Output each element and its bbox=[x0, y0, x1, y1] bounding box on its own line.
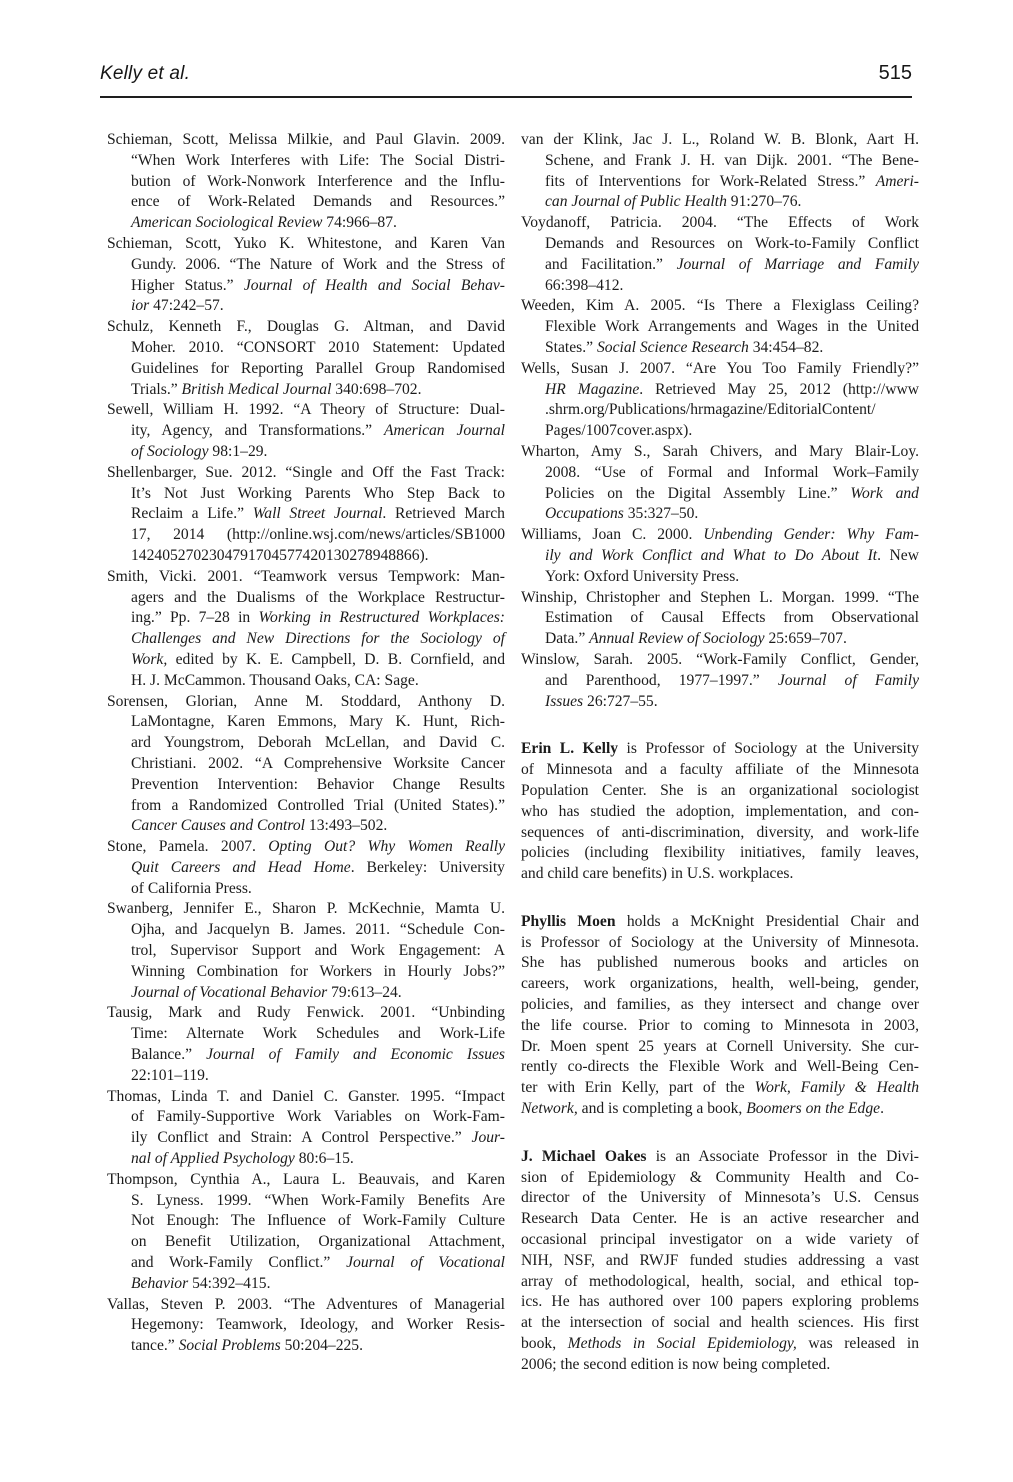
page-number: 515 bbox=[879, 62, 912, 85]
reference-entry-line: and Parenthood, 1977–1997.” Journal of F… bbox=[521, 671, 919, 692]
reference-entry-line: can Journal of Public Health 91:270–76. bbox=[521, 192, 919, 213]
reference-entry-line: ily and Work Conflict and What to Do Abo… bbox=[521, 546, 919, 567]
reference-entry: van der Klink, Jac J. L., Roland W. B. B… bbox=[521, 130, 919, 213]
reference-entry-line: Balance.” Journal of Family and Economic… bbox=[107, 1045, 505, 1066]
author-bio-line: Erin L. Kelly is Professor of Sociology … bbox=[521, 739, 919, 760]
reference-entry-line: Thomas, Linda T. and Daniel C. Ganster. … bbox=[107, 1087, 505, 1108]
reference-entry-line: of California Press. bbox=[107, 879, 505, 900]
reference-entry-line: Schieman, Scott, Melissa Milkie, and Pau… bbox=[107, 130, 505, 151]
reference-entry-line: H. J. McCammon. Thousand Oaks, CA: Sage. bbox=[107, 671, 505, 692]
author-bio-line: of Minnesota and a faculty affiliate of … bbox=[521, 760, 919, 781]
reference-entry-line: Guidelines for Reporting Parallel Group … bbox=[107, 359, 505, 380]
reference-entry-line: Reclaim a Life.” Wall Street Journal. Re… bbox=[107, 504, 505, 525]
reference-entry-line: Tausig, Mark and Rudy Fenwick. 2001. “Un… bbox=[107, 1003, 505, 1024]
references-column-left: Schieman, Scott, Melissa Milkie, and Pau… bbox=[107, 130, 505, 1376]
reference-entry-line: Shellenbarger, Sue. 2012. “Single and Of… bbox=[107, 463, 505, 484]
author-bio-line: the life course. Prior to coming to Minn… bbox=[521, 1016, 919, 1037]
reference-entry-line: Data.” Annual Review of Sociology 25:659… bbox=[521, 629, 919, 650]
reference-entry-line: Thompson, Cynthia A., Laura L. Beauvais,… bbox=[107, 1170, 505, 1191]
reference-entry-line: Wharton, Amy S., Sarah Chivers, and Mary… bbox=[521, 442, 919, 463]
references-section: Schieman, Scott, Melissa Milkie, and Pau… bbox=[107, 130, 919, 1376]
reference-entry-line: Voydanoff, Patricia. 2004. “The Effects … bbox=[521, 213, 919, 234]
author-bio-line: careers, work organizations, health, wel… bbox=[521, 974, 919, 995]
reference-entry-line: of Family-Supportive Work Variables on W… bbox=[107, 1107, 505, 1128]
reference-entry-line: Weeden, Kim A. 2005. “Is There a Flexigl… bbox=[521, 296, 919, 317]
reference-entry-line: Winship, Christopher and Stephen L. Morg… bbox=[521, 588, 919, 609]
reference-entry-line: Estimation of Causal Effects from Observ… bbox=[521, 608, 919, 629]
reference-entry-line: Schulz, Kenneth F., Douglas G. Altman, a… bbox=[107, 317, 505, 338]
author-bio-line: Population Center. She is an organizatio… bbox=[521, 781, 919, 802]
reference-entry: Wells, Susan J. 2007. “Are You Too Famil… bbox=[521, 359, 919, 442]
author-bio-line: at the intersection of social and health… bbox=[521, 1313, 919, 1334]
reference-entry: Vallas, Steven P. 2003. “The Adventures … bbox=[107, 1295, 505, 1357]
reference-entry-line: “When Work Interferes with Life: The Soc… bbox=[107, 151, 505, 172]
reference-entry-line: Stone, Pamela. 2007. Opting Out? Why Wom… bbox=[107, 837, 505, 858]
reference-entry-line: Wells, Susan J. 2007. “Are You Too Famil… bbox=[521, 359, 919, 380]
reference-entry: Schieman, Scott, Yuko K. Whitestone, and… bbox=[107, 234, 505, 317]
reference-entry-line: 22:101–119. bbox=[107, 1066, 505, 1087]
reference-entry-line: ily Conflict and Strain: A Control Persp… bbox=[107, 1128, 505, 1149]
running-head: Kelly et al. 515 bbox=[100, 62, 912, 85]
reference-entry-line: Hegemony: Teamwork, Ideology, and Worker… bbox=[107, 1315, 505, 1336]
reference-entry: Sorensen, Glorian, Anne M. Stoddard, Ant… bbox=[107, 692, 505, 838]
reference-entry-line: Williams, Joan C. 2000. Unbending Gender… bbox=[521, 525, 919, 546]
author-bio-line: who has studied the adoption, implementa… bbox=[521, 802, 919, 823]
author-bio-line: is Professor of Sociology at the Univers… bbox=[521, 933, 919, 954]
author-bio-line: occasional principal investigator on a w… bbox=[521, 1230, 919, 1251]
reference-entry-line: American Sociological Review 74:966–87. bbox=[107, 213, 505, 234]
reference-entry-line: Sorensen, Glorian, Anne M. Stoddard, Ant… bbox=[107, 692, 505, 713]
author-bio-line: ter with Erin Kelly, part of the Work, F… bbox=[521, 1078, 919, 1099]
author-bio-line: Network, and is completing a book, Boome… bbox=[521, 1099, 919, 1120]
author-bio-line: and child care benefits) in U.S. workpla… bbox=[521, 864, 919, 885]
reference-entry-line: .shrm.org/Publications/hrmagazine/Editor… bbox=[521, 400, 919, 421]
reference-entry-line: van der Klink, Jac J. L., Roland W. B. B… bbox=[521, 130, 919, 151]
reference-entry-line: nal of Applied Psychology 80:6–15. bbox=[107, 1149, 505, 1170]
reference-entry-line: HR Magazine. Retrieved May 25, 2012 (htt… bbox=[521, 380, 919, 401]
author-bio-line: Phyllis Moen holds a McKnight Presidenti… bbox=[521, 912, 919, 933]
author-bio-line: Research Data Center. He is an active re… bbox=[521, 1209, 919, 1230]
reference-entry: Voydanoff, Patricia. 2004. “The Effects … bbox=[521, 213, 919, 296]
reference-entry-line: LaMontagne, Karen Emmons, Mary K. Hunt, … bbox=[107, 712, 505, 733]
author-bio-line: She has published numerous books and art… bbox=[521, 953, 919, 974]
author-bio-line: policies (including flexibility initiati… bbox=[521, 843, 919, 864]
reference-entry-line: on Benefit Utilization, Organizational A… bbox=[107, 1232, 505, 1253]
author-bio: Phyllis Moen holds a McKnight Presidenti… bbox=[521, 912, 919, 1120]
reference-entry-line: of Sociology 98:1–29. bbox=[107, 442, 505, 463]
reference-entry: Schulz, Kenneth F., Douglas G. Altman, a… bbox=[107, 317, 505, 400]
reference-entry-line: Challenges and New Directions for the So… bbox=[107, 629, 505, 650]
author-bio-line: sequences of anti-discrimination, divers… bbox=[521, 823, 919, 844]
reference-entry: Winslow, Sarah. 2005. “Work-Family Confl… bbox=[521, 650, 919, 712]
reference-entry-line: Demands and Resources on Work-to-Family … bbox=[521, 234, 919, 255]
reference-entry-line: It’s Not Just Working Parents Who Step B… bbox=[107, 484, 505, 505]
reference-entry-line: ity, Agency, and Transformations.” Ameri… bbox=[107, 421, 505, 442]
reference-entry: Schieman, Scott, Melissa Milkie, and Pau… bbox=[107, 130, 505, 234]
author-bio-line: Dr. Moen spent 25 years at Cornell Unive… bbox=[521, 1037, 919, 1058]
reference-entry-line: Time: Alternate Work Schedules and Work-… bbox=[107, 1024, 505, 1045]
reference-entry-line: Winslow, Sarah. 2005. “Work-Family Confl… bbox=[521, 650, 919, 671]
reference-entry-line: 1424052702304791704577420130278948866). bbox=[107, 546, 505, 567]
reference-entry-line: Behavior 54:392–415. bbox=[107, 1274, 505, 1295]
reference-entry-line: Cancer Causes and Control 13:493–502. bbox=[107, 816, 505, 837]
reference-entry: Sewell, William H. 1992. “A Theory of St… bbox=[107, 400, 505, 462]
reference-entry-line: ior 47:242–57. bbox=[107, 296, 505, 317]
reference-entry-line: Journal of Vocational Behavior 79:613–24… bbox=[107, 983, 505, 1004]
reference-entry: Williams, Joan C. 2000. Unbending Gender… bbox=[521, 525, 919, 587]
reference-entry-line: Moher. 2010. “CONSORT 2010 Statement: Up… bbox=[107, 338, 505, 359]
reference-entry-line: agers and the Dualisms of the Workplace … bbox=[107, 588, 505, 609]
author-bio-line: director of the University of Minnesota’… bbox=[521, 1188, 919, 1209]
reference-entry-line: Flexible Work Arrangements and Wages in … bbox=[521, 317, 919, 338]
reference-entry-line: Schieman, Scott, Yuko K. Whitestone, and… bbox=[107, 234, 505, 255]
reference-entry-line: Sewell, William H. 1992. “A Theory of St… bbox=[107, 400, 505, 421]
reference-entry: Tausig, Mark and Rudy Fenwick. 2001. “Un… bbox=[107, 1003, 505, 1086]
reference-entry: Stone, Pamela. 2007. Opting Out? Why Wom… bbox=[107, 837, 505, 899]
reference-entry-line: tance.” Social Problems 50:204–225. bbox=[107, 1336, 505, 1357]
reference-entry: Swanberg, Jennifer E., Sharon P. McKechn… bbox=[107, 899, 505, 1003]
reference-entry-line: Work, edited by K. E. Campbell, D. B. Co… bbox=[107, 650, 505, 671]
author-bio-line: array of methodological, health, social,… bbox=[521, 1272, 919, 1293]
reference-entry-line: and Work-Family Conflict.” Journal of Vo… bbox=[107, 1253, 505, 1274]
header-rule bbox=[100, 96, 912, 98]
reference-entry: Weeden, Kim A. 2005. “Is There a Flexigl… bbox=[521, 296, 919, 358]
reference-entry-line: Issues 26:727–55. bbox=[521, 692, 919, 713]
reference-entry: Shellenbarger, Sue. 2012. “Single and Of… bbox=[107, 463, 505, 567]
author-bio-line: sion of Epidemiology & Community Health … bbox=[521, 1168, 919, 1189]
reference-entry-line: from a Randomized Controlled Trial (Unit… bbox=[107, 796, 505, 817]
reference-entry-line: Pages/1007cover.aspx). bbox=[521, 421, 919, 442]
author-bio-line: J. Michael Oakes is an Associate Profess… bbox=[521, 1147, 919, 1168]
reference-entry-line: Gundy. 2006. “The Nature of Work and the… bbox=[107, 255, 505, 276]
reference-entry-line: Christiani. 2002. “A Comprehensive Works… bbox=[107, 754, 505, 775]
author-bio-line: NIH, NSF, and RWJF funded studies addres… bbox=[521, 1251, 919, 1272]
author-bio-line: ics. He has authored over 100 papers exp… bbox=[521, 1292, 919, 1313]
reference-entry-line: 66:398–412. bbox=[521, 276, 919, 297]
reference-entry: Thomas, Linda T. and Daniel C. Ganster. … bbox=[107, 1087, 505, 1170]
reference-entry-line: Trials.” British Medical Journal 340:698… bbox=[107, 380, 505, 401]
reference-entry-line: Prevention Intervention: Behavior Change… bbox=[107, 775, 505, 796]
running-title: Kelly et al. bbox=[100, 63, 190, 85]
reference-entry-line: Smith, Vicki. 2001. “Teamwork versus Tem… bbox=[107, 567, 505, 588]
reference-entry-line: Ojha, and Jacquelyn B. James. 2011. “Sch… bbox=[107, 920, 505, 941]
reference-entry-line: Vallas, Steven P. 2003. “The Adventures … bbox=[107, 1295, 505, 1316]
reference-entry: Wharton, Amy S., Sarah Chivers, and Mary… bbox=[521, 442, 919, 525]
reference-entry-line: bution of Work-Nonwork Interference and … bbox=[107, 172, 505, 193]
reference-entry: Winship, Christopher and Stephen L. Morg… bbox=[521, 588, 919, 650]
reference-entry-line: Swanberg, Jennifer E., Sharon P. McKechn… bbox=[107, 899, 505, 920]
reference-entry-line: York: Oxford University Press. bbox=[521, 567, 919, 588]
reference-entry-line: S. Lyness. 1999. “When Work-Family Benef… bbox=[107, 1191, 505, 1212]
journal-page: Kelly et al. 515 Schieman, Scott, Meliss… bbox=[0, 0, 1013, 1482]
reference-entry-line: 2008. “Use of Formal and Informal Work–F… bbox=[521, 463, 919, 484]
author-bio-line: book, Methods in Social Epidemiology, wa… bbox=[521, 1334, 919, 1355]
author-bio-line: policies, and families, as they intersec… bbox=[521, 995, 919, 1016]
reference-entry-line: Not Enough: The Influence of Work-Family… bbox=[107, 1211, 505, 1232]
reference-entry-line: Policies on the Digital Assembly Line.” … bbox=[521, 484, 919, 505]
reference-entry-line: and Facilitation.” Journal of Marriage a… bbox=[521, 255, 919, 276]
reference-entry-line: 17, 2014 (http://online.wsj.com/news/art… bbox=[107, 525, 505, 546]
reference-entry-line: trol, Supervisor Support and Work Engage… bbox=[107, 941, 505, 962]
author-bio: J. Michael Oakes is an Associate Profess… bbox=[521, 1147, 919, 1376]
reference-entry-line: States.” Social Science Research 34:454–… bbox=[521, 338, 919, 359]
reference-entry-line: ard Youngstrom, Deborah McLellan, and Da… bbox=[107, 733, 505, 754]
author-bio: Erin L. Kelly is Professor of Sociology … bbox=[521, 739, 919, 885]
reference-entry-line: Quit Careers and Head Home. Berkeley: Un… bbox=[107, 858, 505, 879]
author-bio-line: 2006; the second edition is now being co… bbox=[521, 1355, 919, 1376]
reference-entry-line: Schene, and Frank J. H. van Dijk. 2001. … bbox=[521, 151, 919, 172]
reference-entry-line: ence of Work-Related Demands and Resourc… bbox=[107, 192, 505, 213]
reference-entry-line: ing.” Pp. 7–28 in Working in Restructure… bbox=[107, 608, 505, 629]
reference-entry-line: Occupations 35:327–50. bbox=[521, 504, 919, 525]
reference-entry-line: fits of Interventions for Work-Related S… bbox=[521, 172, 919, 193]
reference-entry: Smith, Vicki. 2001. “Teamwork versus Tem… bbox=[107, 567, 505, 692]
reference-entry-line: Winning Combination for Workers in Hourl… bbox=[107, 962, 505, 983]
references-column-right: van der Klink, Jac J. L., Roland W. B. B… bbox=[521, 130, 919, 1376]
author-bio-line: rently co-directs the Flexible Work and … bbox=[521, 1057, 919, 1078]
reference-entry: Thompson, Cynthia A., Laura L. Beauvais,… bbox=[107, 1170, 505, 1295]
reference-entry-line: Higher Status.” Journal of Health and So… bbox=[107, 276, 505, 297]
